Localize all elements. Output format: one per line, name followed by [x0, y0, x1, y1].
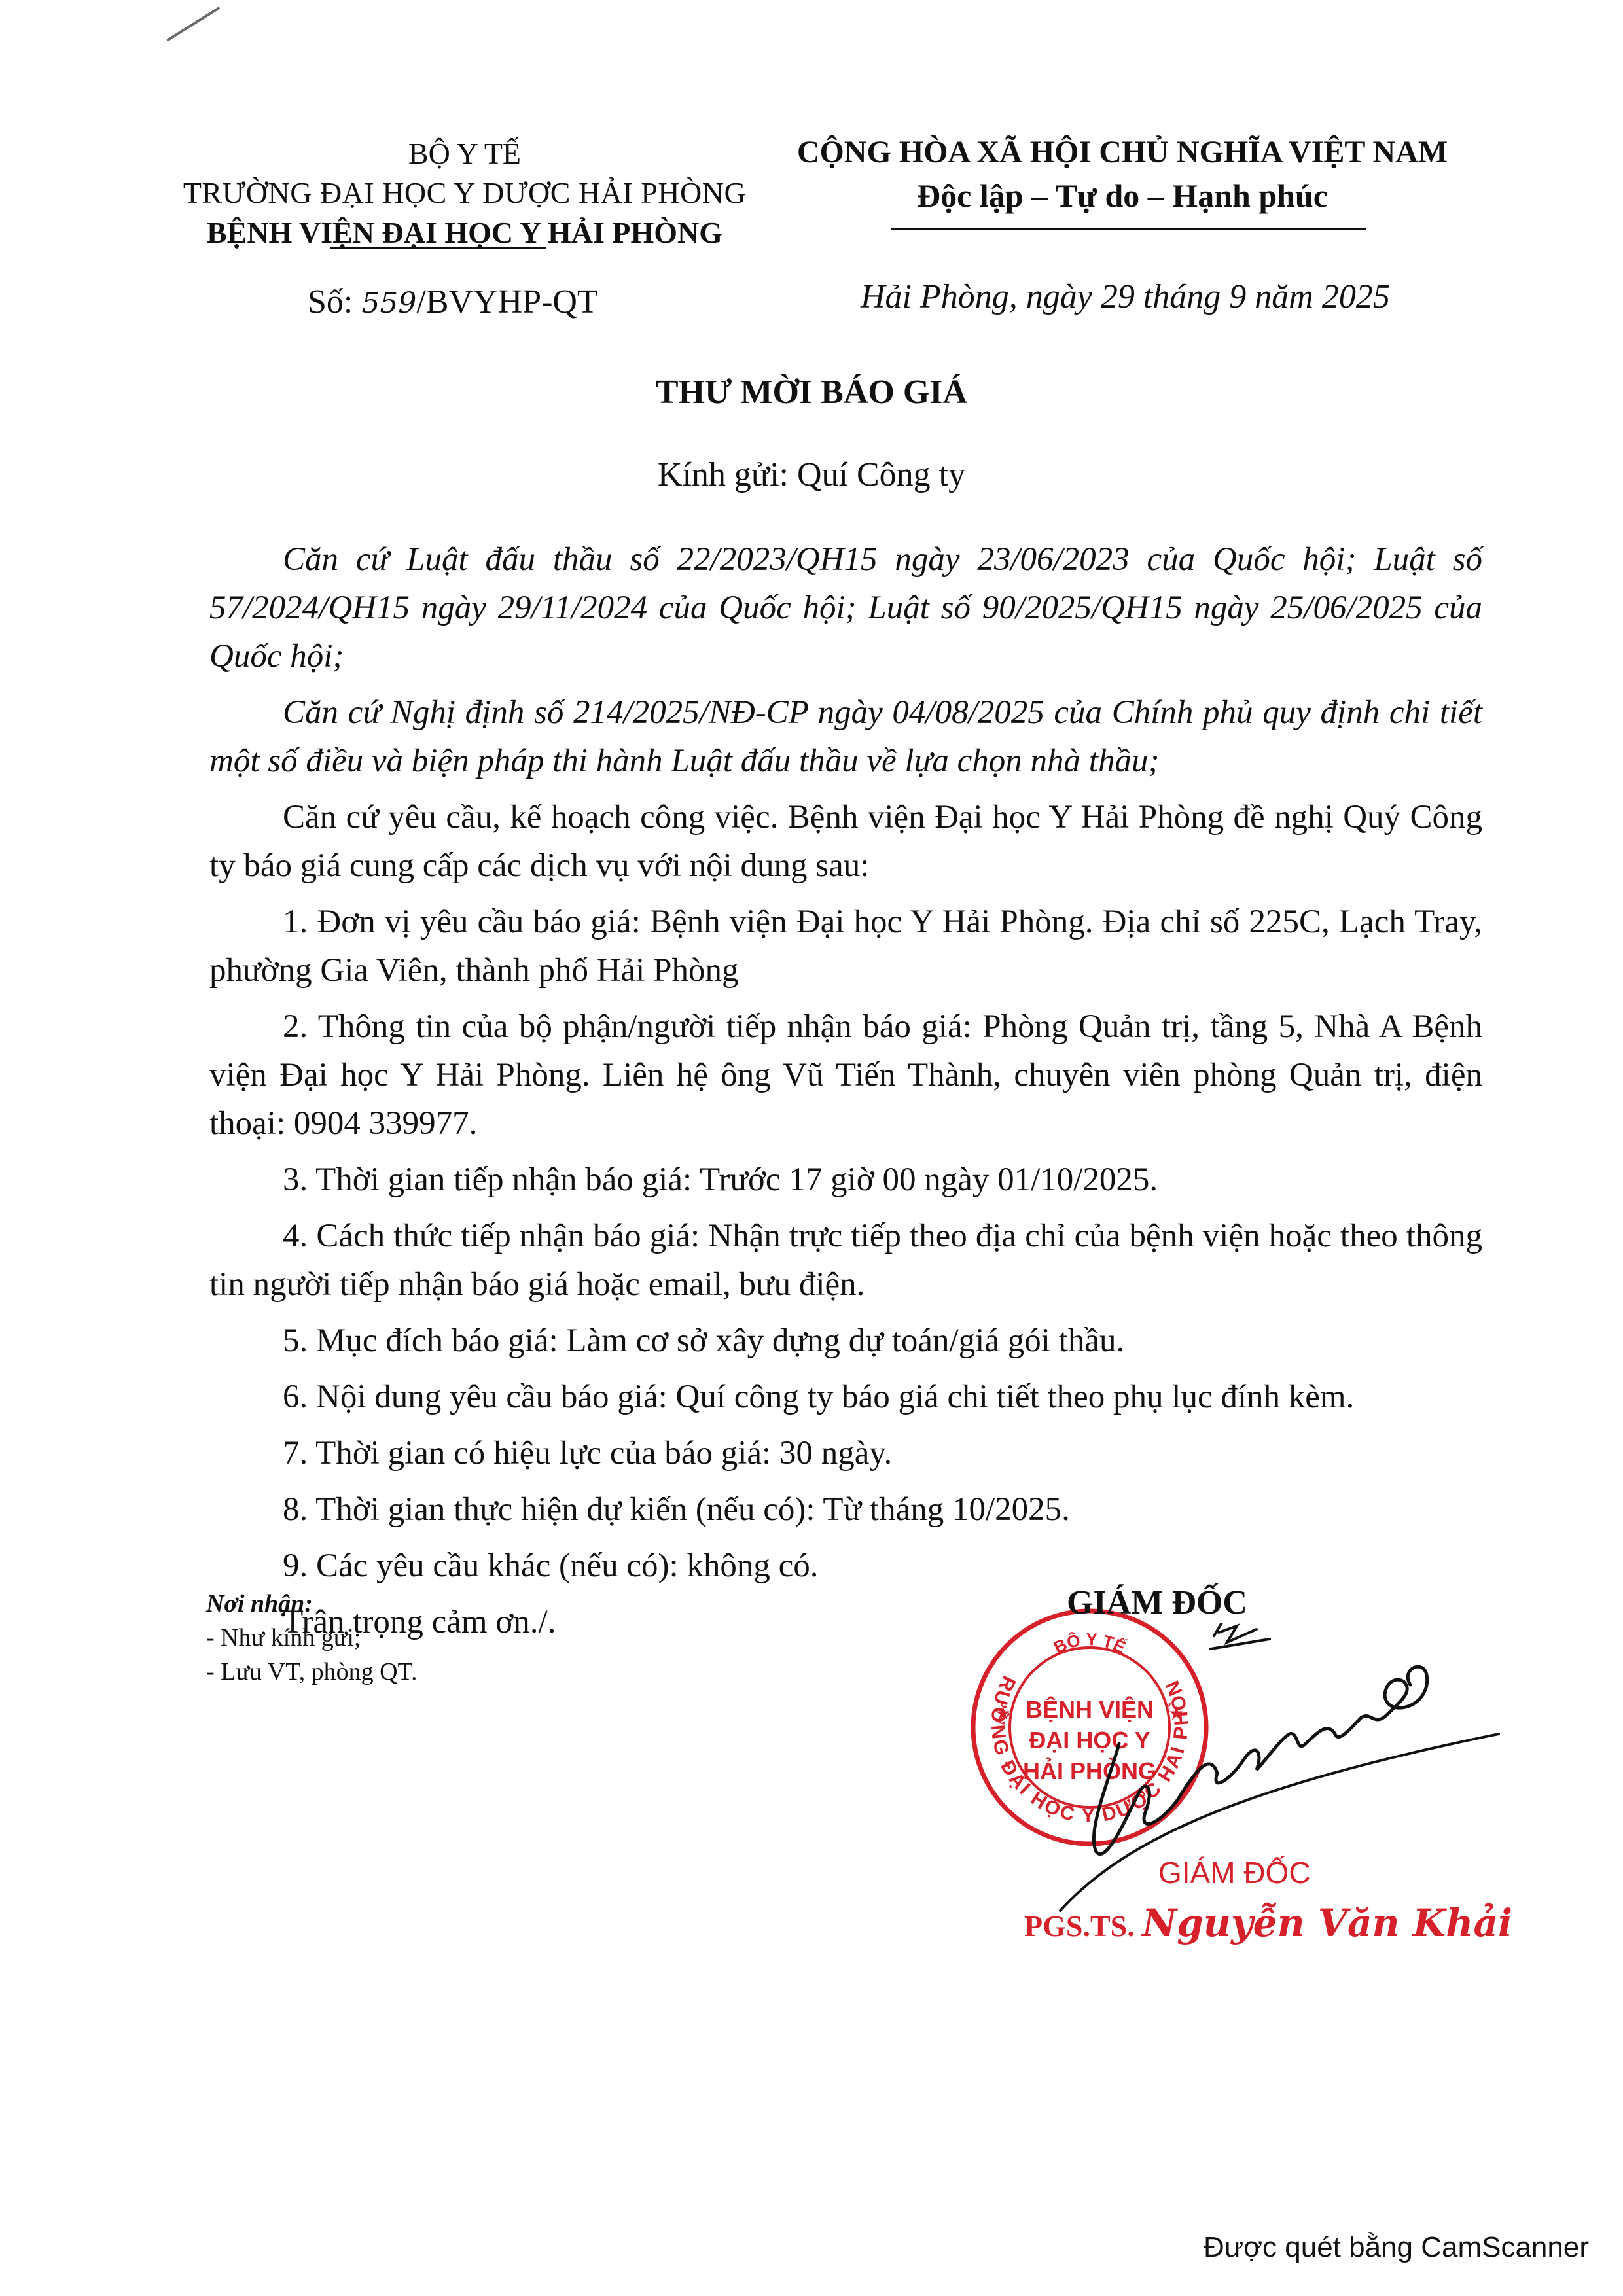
document-number-suffix: /BVYHP-QT [416, 283, 597, 321]
list-item: 8. Thời gian thực hiện dự kiến (nếu có):… [209, 1485, 1482, 1534]
recipients-block: Nơi nhận: - Như kính gửi; - Lưu VT, phòn… [206, 1587, 417, 1689]
pen-mark [166, 7, 221, 42]
legal-basis-1: Căn cứ Luật đấu thầu số 22/2023/QH15 ngà… [209, 535, 1482, 680]
scanner-watermark: Được quét bằng CamScanner [1204, 2231, 1589, 2264]
document-title: THƯ MỜI BÁO GIÁ [0, 373, 1623, 412]
list-item: 7. Thời gian có hiệu lực của báo giá: 30… [209, 1429, 1482, 1477]
document-date: Hải Phòng, ngày 29 tháng 9 năm 2025 [861, 277, 1390, 316]
svg-text:★: ★ [995, 1704, 1011, 1724]
document-number-value: 559 [361, 287, 416, 320]
ministry-name: BỘ Y TẾ [151, 134, 779, 173]
greeting: Kính gửi: Quí Công ty [0, 455, 1623, 494]
list-item: 6. Nội dung yêu cầu báo giá: Quí công ty… [209, 1373, 1482, 1421]
motto-underline [891, 228, 1366, 230]
list-item: 3. Thời gian tiếp nhận báo giá: Trước 17… [209, 1156, 1482, 1204]
list-item: 9. Các yêu cầu khác (nếu có): không có. [209, 1542, 1482, 1590]
national-header: CỘNG HÒA XÃ HỘI CHỦ NGHĨA VIỆT NAM Độc l… [753, 131, 1492, 217]
nation-name: CỘNG HÒA XÃ HỘI CHỦ NGHĨA VIỆT NAM [753, 131, 1492, 174]
signer-name: PGS.TS. Nguyễn Văn Khải [1024, 1901, 1512, 1945]
list-item: 2. Thông tin của bộ phận/người tiếp nhận… [209, 1002, 1482, 1148]
national-motto: Độc lập – Tự do – Hạnh phúc [753, 174, 1492, 217]
document-body: Căn cứ Luật đấu thầu số 22/2023/QH15 ngà… [209, 535, 1482, 1654]
intro-paragraph: Căn cứ yêu cầu, kế hoạch công việc. Bệnh… [209, 793, 1482, 890]
issuer-header: BỘ Y TẾ TRƯỜNG ĐẠI HỌC Y DƯỢC HẢI PHÒNG … [151, 134, 779, 253]
list-item: 1. Đơn vị yêu cầu báo giá: Bệnh viện Đại… [209, 898, 1482, 995]
signer-full-name: Nguyễn Văn Khải [1142, 1901, 1512, 1945]
document-number-prefix: Số: [308, 283, 361, 321]
recipients-header: Nơi nhận: [206, 1587, 417, 1621]
document-number: Số: 559/BVYHP-QT [308, 283, 598, 321]
list-item: 4. Cách thức tiếp nhận báo giá: Nhận trự… [209, 1212, 1482, 1309]
signer-title-prefix: PGS.TS. [1024, 1909, 1142, 1943]
university-name: TRƯỜNG ĐẠI HỌC Y DƯỢC HẢI PHÒNG [151, 173, 779, 213]
recipient-item: - Như kính gửi; [206, 1621, 417, 1655]
recipient-item: - Lưu VT, phòng QT. [206, 1655, 417, 1689]
legal-basis-2: Căn cứ Nghị định số 214/2025/NĐ-CP ngày … [209, 688, 1482, 785]
stamp-role: GIÁM ĐỐC [1158, 1855, 1311, 1890]
signature-title: GIÁM ĐỐC [1067, 1583, 1247, 1622]
list-item: 5. Mục đích báo giá: Làm cơ sở xây dựng … [209, 1316, 1482, 1365]
issuer-underline [330, 247, 546, 249]
